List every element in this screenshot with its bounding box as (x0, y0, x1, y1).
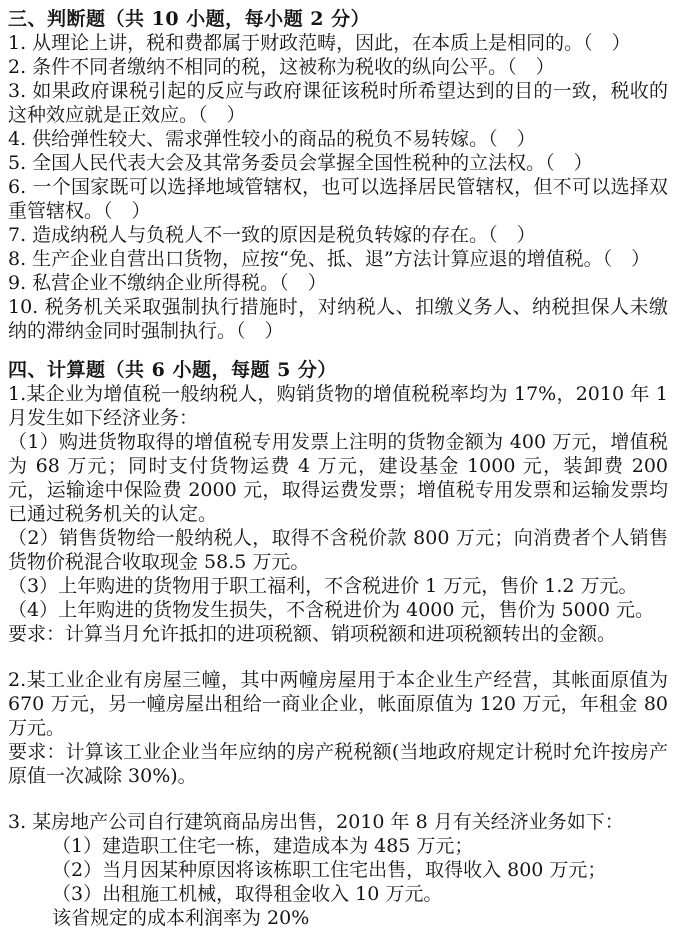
problem-item: （2）当月因某种原因将该栋职工住宅出售，取得收入 800 万元； (8, 858, 668, 882)
exam-page: 三、判断题（共 10 小题，每小题 2 分） 1. 从理论上讲，税和费都属于财政… (0, 0, 678, 946)
problem-item: （3）上年购进的货物用于职工福利，不含税进价 1 万元，售价 1.2 万元。 (8, 574, 668, 598)
judgment-question: 4. 供给弹性较大、需求弹性较小的商品的税负不易转嫁。（ ） (8, 127, 668, 151)
calculation-section-heading: 四、计算题（共 6 小题，每题 5 分） (8, 358, 668, 382)
calculation-problem-3: 3. 某房地产公司自行建筑商品房出售，2010 年 8 月有关经济业务如下： （… (8, 810, 668, 930)
problem-intro: 1.某企业为增值税一般纳税人，购销货物的增值税税率均为 17%，2010 年 1… (8, 382, 668, 430)
problem-divider-space (8, 788, 668, 810)
judgment-question: 10. 税务机关采取强制执行措施时，对纳税人、扣缴义务人、纳税担保人未缴纳的滞纳… (8, 295, 668, 343)
problem-intro: 2.某工业企业有房屋三幢，其中两幢房屋用于本企业生产经营，其帐面原值为 670 … (8, 668, 668, 740)
problem-item: （1）购进货物取得的增值税专用发票上注明的货物金额为 400 万元，增值税为 6… (8, 430, 668, 526)
judgment-question: 3. 如果政府课税引起的反应与政府课征该税时所希望达到的目的一致，税收的这种效应… (8, 79, 668, 127)
judgment-question: 9. 私营企业不缴纳企业所得税。（ ） (8, 271, 668, 295)
section-divider-space (8, 343, 668, 358)
judgment-question: 2. 条件不同者缴纳不相同的税，这被称为税收的纵向公平。（ ） (8, 55, 668, 79)
problem-divider-space (8, 646, 668, 668)
judgment-section-heading: 三、判断题（共 10 小题，每小题 2 分） (8, 7, 668, 31)
problem-requirement: 要求：计算该工业企业当年应纳的房产税税额(当地政府规定计税时允许按房产原值一次减… (8, 740, 668, 788)
problem-intro: 3. 某房地产公司自行建筑商品房出售，2010 年 8 月有关经济业务如下： (8, 810, 668, 834)
calculation-problem-1: 1.某企业为增值税一般纳税人，购销货物的增值税税率均为 17%，2010 年 1… (8, 382, 668, 646)
judgment-question: 8. 生产企业自营出口货物，应按“免、抵、退”方法计算应退的增值税。（ ） (8, 247, 668, 271)
section-judgment: 三、判断题（共 10 小题，每小题 2 分） 1. 从理论上讲，税和费都属于财政… (8, 7, 668, 343)
problem-requirement: 要求：计算当月允许抵扣的进项税额、销项税额和进项税额转出的金额。 (8, 622, 668, 646)
calculation-problem-2: 2.某工业企业有房屋三幢，其中两幢房屋用于本企业生产经营，其帐面原值为 670 … (8, 668, 668, 788)
judgment-question: 5. 全国人民代表大会及其常务委员会掌握全国性税种的立法权。（ ） (8, 151, 668, 175)
section-calculation: 四、计算题（共 6 小题，每题 5 分） 1.某企业为增值税一般纳税人，购销货物… (8, 358, 668, 930)
problem-item: （2）销售货物给一般纳税人，取得不含税价款 800 万元；向消费者个人销售货物价… (8, 526, 668, 574)
judgment-question: 1. 从理论上讲，税和费都属于财政范畴，因此，在本质上是相同的。（ ） (8, 31, 668, 55)
judgment-question: 6. 一个国家既可以选择地域管辖权，也可以选择居民管辖权，但不可以选择双重管辖权… (8, 175, 668, 223)
problem-note: 该省规定的成本利润率为 20% (8, 906, 668, 930)
problem-item: （4）上年购进的货物发生损失，不含税进价为 4000 元，售价为 5000 元。 (8, 598, 668, 622)
judgment-question: 7. 造成纳税人与负税人不一致的原因是税负转嫁的存在。（ ） (8, 223, 668, 247)
problem-item: （3）出租施工机械，取得租金收入 10 万元。 (8, 882, 668, 906)
problem-item: （1）建造职工住宅一栋，建造成本为 485 万元； (8, 834, 668, 858)
